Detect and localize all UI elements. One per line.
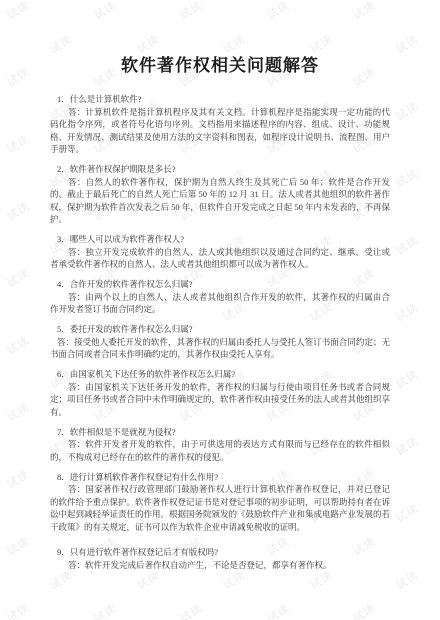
watermark-text: 试读 bbox=[4, 265, 33, 291]
qa-answer: 答：独立开发完成软件的自然人、法人或其他组织以及通过合同约定、继承、受让或者承受… bbox=[50, 246, 390, 271]
watermark-text: 试读 bbox=[393, 97, 422, 123]
qa-answer: 答：软件开发完成后著作权自动产生，不论是否登记，都享有著作权。 bbox=[50, 559, 390, 572]
watermark-text: 试读 bbox=[90, 600, 119, 620]
watermark-text: 试读 bbox=[350, 0, 379, 23]
watermark-text: 试读 bbox=[177, 600, 206, 620]
document-content: 软件著作权相关问题解答 1．什么是计算机软件? 答：计算机软件是指计算机程序及其… bbox=[50, 56, 390, 579]
qa-answer: 答：软件开发者开发的软件，由于可供选用的表达方式有限而与已经存在的软件相似的，不… bbox=[50, 438, 390, 463]
qa-question: 2．软件著作权保护期限是多长? bbox=[50, 163, 390, 176]
watermark-text: 试读 bbox=[4, 198, 33, 224]
watermark-text: 试读 bbox=[90, 0, 119, 23]
watermark-text: 试读 bbox=[436, 131, 440, 157]
watermark-text: 试读 bbox=[436, 0, 440, 23]
qa-item-2: 2．软件著作权保护期限是多长? 答：自然人的软件著作权，保护期为自然人终生及其死… bbox=[50, 163, 390, 226]
watermark-text: 试读 bbox=[4, 131, 33, 157]
watermark-text: 试读 bbox=[436, 64, 440, 90]
watermark-text: 试读 bbox=[393, 231, 422, 257]
watermark-text: 试读 bbox=[4, 399, 33, 425]
qa-item-4: 4．合作开发的软件著作权怎么归属? 答：由两个以上的自然人、法人或者其他组织合作… bbox=[50, 278, 390, 316]
watermark-text: 试读 bbox=[4, 64, 33, 90]
watermark-text: 试读 bbox=[133, 30, 162, 56]
qa-item-1: 1．什么是计算机软件? 答：计算机软件是指计算机程序及其有关文档。计算机程序是指… bbox=[50, 93, 390, 156]
qa-question: 1．什么是计算机软件? bbox=[50, 93, 390, 106]
qa-item-7: 7．软件相似是不是就视为侵权? 答：软件开发者开发的软件，由于可供选用的表达方式… bbox=[50, 426, 390, 464]
qa-question: 9．只有进行软件著作权登记后才有版权吗? bbox=[50, 546, 390, 559]
qa-item-5: 5．委托开发的软件著作权怎么归属? 答：接受他人委托开发的软件，其著作权的归属由… bbox=[50, 323, 390, 361]
watermark-text: 试读 bbox=[306, 30, 335, 56]
qa-item-3: 3．哪些人可以成为软件著作权人? 答：独立开发完成软件的自然人、法人或其他组织以… bbox=[50, 233, 390, 271]
qa-answer: 答：国家著作权行政管理部门鼓励著作权人进行计算机软件著作权登记，并对已登记的软件… bbox=[50, 483, 390, 533]
watermark-text: 试读 bbox=[4, 466, 33, 492]
watermark-text: 试读 bbox=[4, 533, 33, 559]
watermark-text: 试读 bbox=[393, 298, 422, 324]
watermark-text: 试读 bbox=[436, 466, 440, 492]
watermark-text: 试读 bbox=[4, 0, 33, 23]
watermark-text: 试读 bbox=[436, 600, 440, 620]
qa-answer: 答：由国家机关下达任务开发的软件，著作权的归属与行使由项目任务书或者合同规定；项… bbox=[50, 381, 390, 419]
watermark-text: 试读 bbox=[393, 164, 422, 190]
watermark-text: 试读 bbox=[436, 399, 440, 425]
watermark-text: 试读 bbox=[263, 0, 292, 23]
qa-question: 6．由国家机关下达任务的软件著作权怎么归属? bbox=[50, 368, 390, 381]
watermark-text: 试读 bbox=[393, 499, 422, 525]
qa-answer: 答：计算机软件是指计算机程序及其有关文档。计算机程序是指能实现一定功能的代码化指… bbox=[50, 106, 390, 156]
watermark-text: 试读 bbox=[4, 600, 33, 620]
watermark-text: 试读 bbox=[393, 566, 422, 592]
watermark-text: 试读 bbox=[47, 30, 76, 56]
watermark-text: 试读 bbox=[436, 533, 440, 559]
qa-answer: 答：由两个以上的自然人、法人或者其他组织合作开发的软件，其著作权的归属由合作开发… bbox=[50, 291, 390, 316]
watermark-text: 试读 bbox=[436, 265, 440, 291]
watermark-text: 试读 bbox=[4, 332, 33, 358]
qa-item-8: 8．进行计算机软件著作权登记有什么作用? 答：国家著作权行政管理部门鼓励著作权人… bbox=[50, 471, 390, 534]
qa-answer: 答：接受他人委托开发的软件，其著作权的归属由委托人与受托人签订书面合同约定；无书… bbox=[50, 336, 390, 361]
qa-question: 8．进行计算机软件著作权登记有什么作用? bbox=[50, 471, 390, 484]
qa-item-9: 9．只有进行软件著作权登记后才有版权吗? 答：软件开发完成后著作权自动产生，不论… bbox=[50, 546, 390, 571]
watermark-text: 试读 bbox=[393, 365, 422, 391]
watermark-text: 试读 bbox=[393, 30, 422, 56]
qa-item-6: 6．由国家机关下达任务的软件著作权怎么归属? 答：由国家机关下达任务开发的软件，… bbox=[50, 368, 390, 418]
qa-question: 5．委托开发的软件著作权怎么归属? bbox=[50, 323, 390, 336]
watermark-text: 试读 bbox=[220, 30, 249, 56]
qa-answer: 答：自然人的软件著作权，保护期为自然人终生及其死亡后 50 年；软件是合作开发的… bbox=[50, 176, 390, 226]
document-page: 试读试读试读试读试读试读试读试读试读试读试读试读试读试读试读试读试读试读试读试读… bbox=[0, 0, 440, 620]
watermark-text: 试读 bbox=[350, 600, 379, 620]
watermark-text: 试读 bbox=[436, 198, 440, 224]
watermark-text: 试读 bbox=[436, 332, 440, 358]
qa-question: 7．软件相似是不是就视为侵权? bbox=[50, 426, 390, 439]
qa-question: 3．哪些人可以成为软件著作权人? bbox=[50, 233, 390, 246]
qa-question: 4．合作开发的软件著作权怎么归属? bbox=[50, 278, 390, 291]
page-title: 软件著作权相关问题解答 bbox=[50, 56, 390, 76]
watermark-text: 试读 bbox=[177, 0, 206, 23]
watermark-text: 试读 bbox=[393, 432, 422, 458]
watermark-text: 试读 bbox=[263, 600, 292, 620]
